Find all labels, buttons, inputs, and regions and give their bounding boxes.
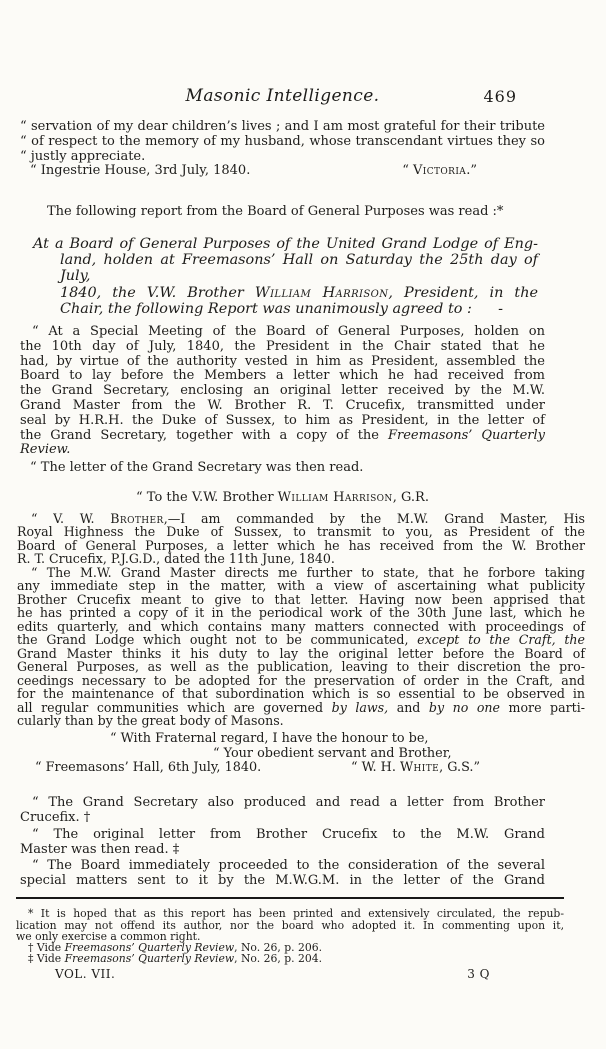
text-line: land, holden at Freemasons’ Hall on Satu… bbox=[33, 252, 538, 284]
text-line: “ The Grand Secretary also produced and … bbox=[20, 796, 545, 811]
text-segment: , No. 26, p. 204. bbox=[234, 952, 322, 965]
text-line: The following report from the Board of G… bbox=[20, 205, 545, 220]
text-segment: Freemasons’ Quarterly Review bbox=[65, 952, 235, 965]
text-segment: William Harrison bbox=[255, 285, 388, 301]
text-segment: Board to lay before the Members a letter… bbox=[20, 368, 545, 383]
text-line: “ of respect to the memory of my husband… bbox=[20, 135, 545, 150]
text-line: R. T. Crucefix, P.J.G.D., dated the 11th… bbox=[17, 552, 585, 566]
text-segment: White bbox=[400, 760, 439, 775]
volume-label: VOL. VII. bbox=[55, 967, 115, 981]
text-line: “ servation of my dear children’s lives … bbox=[20, 120, 545, 135]
text-segment: cularly than by the great body of Masons… bbox=[17, 713, 284, 728]
text-line: all regular communities which are govern… bbox=[17, 701, 585, 715]
text-segment: Crucefix. † bbox=[20, 810, 90, 825]
text-line: cularly than by the great body of Masons… bbox=[17, 714, 585, 728]
text-segment: Grand Master from the W. Brother R. T. C… bbox=[20, 398, 545, 413]
text-segment: special matters sent to it by the M.W.G.… bbox=[20, 873, 545, 888]
paragraph-letter-body-2: “ The M.W. Grand Master directs me furth… bbox=[17, 566, 585, 728]
text-segment: “ servation of my dear children’s lives … bbox=[20, 119, 545, 134]
paragraph-salutation: “ To the V.W. Brother William Harrison, … bbox=[20, 491, 545, 506]
text-line: for the maintenance of that subordinatio… bbox=[17, 687, 585, 701]
text-line: Board to lay before the Members a letter… bbox=[20, 369, 545, 384]
text-line: “ Ingestrie House, 3rd July, 1840.“ Vict… bbox=[20, 164, 545, 179]
paragraph-grand-secretary-letter: “ The Grand Secretary also produced and … bbox=[20, 796, 545, 826]
page-header: Masonic Intelligence. 469 bbox=[20, 86, 545, 108]
text-segment: 1840, the V.W. Brother bbox=[60, 285, 255, 301]
signature-mark: 3 Q bbox=[467, 967, 490, 981]
text-segment: “ To the V.W. Brother bbox=[136, 490, 278, 505]
text-line: Board of General Purposes, a letter whic… bbox=[17, 539, 585, 553]
text-segment: The following report from the Board of G… bbox=[47, 204, 503, 219]
text-segment: seal by H.R.H. the Duke of Sussex, to hi… bbox=[20, 413, 545, 428]
text-line: “ The letter of the Grand Secretary was … bbox=[20, 461, 545, 476]
text-segment: “ The letter of the Grand Secretary was … bbox=[30, 460, 363, 475]
text-segment: “ At a Special Meeting of the Board of G… bbox=[32, 324, 545, 339]
footnote-rule bbox=[16, 897, 564, 900]
text-segment: “ With Fraternal regard, I have the hono… bbox=[110, 731, 429, 746]
text-segment: , G.R. bbox=[393, 490, 429, 505]
text-line: Royal Highness the Duke of Sussex, to tr… bbox=[17, 525, 585, 539]
text-segment: “ Ingestrie House, 3rd July, 1840. bbox=[30, 163, 250, 178]
text-segment: Victoria bbox=[413, 163, 466, 178]
text-line: he has printed a copy of it in the perio… bbox=[17, 606, 585, 620]
text-line: Chair, the following Report was unanimou… bbox=[33, 301, 538, 317]
text-segment: ‡ Vide bbox=[28, 952, 65, 965]
text-line: Grand Master thinks it his duty to lay t… bbox=[17, 647, 585, 661]
text-line: Brother Crucefix meant to give to that l… bbox=[17, 593, 585, 607]
text-segment: At a Board of General Purposes of the Un… bbox=[33, 236, 538, 252]
text-segment: William Harrison bbox=[278, 490, 393, 505]
text-line: special matters sent to it by the M.W.G.… bbox=[20, 874, 545, 889]
text-line: “ At a Special Meeting of the Board of G… bbox=[20, 325, 545, 340]
paragraph-board-proceeded: “ The Board immediately proceeded to the… bbox=[20, 859, 545, 889]
text-segment: and bbox=[388, 700, 429, 715]
text-segment: “ bbox=[402, 163, 413, 178]
text-line: the Grand Secretary, together with a cop… bbox=[20, 429, 545, 444]
text-segment: “ of respect to the memory of my husband… bbox=[20, 134, 545, 149]
text-segment: “ Freemasons’ Hall, 6th July, 1840. bbox=[35, 760, 261, 775]
text-segment: had, by virtue of the authority vested i… bbox=[20, 354, 545, 369]
scanned-book-page: Masonic Intelligence. 469 “ servation of… bbox=[0, 0, 606, 1049]
text-segment: “ W. H. bbox=[351, 760, 400, 775]
text-segment: Master was then read. ‡ bbox=[20, 842, 179, 857]
text-segment: - bbox=[498, 301, 503, 317]
text-segment: land, holden at Freemasons’ Hall on Satu… bbox=[60, 252, 538, 284]
text-segment: the 10th day of July, 1840, the Presiden… bbox=[20, 339, 545, 354]
text-segment: , President, in the bbox=[388, 285, 538, 301]
text-segment: “ justly appreciate. bbox=[20, 149, 145, 164]
text-line: “ The original letter from Brother Cruce… bbox=[20, 828, 545, 843]
text-segment: Review. bbox=[20, 442, 70, 457]
page-title: Masonic Intelligence. bbox=[186, 86, 380, 106]
text-segment: by laws, bbox=[332, 700, 389, 715]
text-line: “ The Board immediately proceeded to the… bbox=[20, 859, 545, 874]
text-line: edits quarterly, and which contains many… bbox=[17, 620, 585, 634]
text-line: “ With Fraternal regard, I have the hono… bbox=[20, 732, 545, 747]
text-line: Review. bbox=[20, 443, 545, 458]
text-segment: Freemasons’ Quarterly bbox=[388, 428, 545, 443]
text-line: Crucefix. † bbox=[20, 811, 545, 826]
paragraph-letter-closing: “ With Fraternal regard, I have the hono… bbox=[20, 732, 545, 776]
paragraph-letter-body-1: “ V. W. Brother,—I am commanded by the M… bbox=[17, 512, 585, 566]
text-segment: “ The Grand Secretary also produced and … bbox=[32, 795, 545, 810]
text-line: Grand Master from the W. Brother R. T. C… bbox=[20, 399, 545, 414]
text-line: any immediate step in the matter, with a… bbox=[17, 579, 585, 593]
footnotes: * It is hoped that as this report has be… bbox=[16, 908, 564, 963]
page-number: 469 bbox=[483, 87, 517, 106]
page-footer: VOL. VII. 3 Q bbox=[20, 967, 545, 981]
text-line: “ justly appreciate. bbox=[20, 150, 545, 165]
text-segment: “ The Board immediately proceeded to the… bbox=[32, 858, 545, 873]
text-line: the Grand Lodge which ought not to be co… bbox=[17, 633, 585, 647]
text-segment: the Grand Secretary, enclosing an origin… bbox=[20, 383, 545, 398]
text-line: “ The M.W. Grand Master directs me furth… bbox=[17, 566, 585, 580]
text-segment: .” bbox=[466, 163, 477, 178]
text-segment: “ The original letter from Brother Cruce… bbox=[32, 827, 545, 842]
text-segment: , G.S.” bbox=[439, 760, 480, 775]
paragraph-board-heading: At a Board of General Purposes of the Un… bbox=[33, 236, 538, 317]
text-line: seal by H.R.H. the Duke of Sussex, to hi… bbox=[20, 414, 545, 429]
text-line: “ To the V.W. Brother William Harrison, … bbox=[20, 491, 545, 506]
paragraph-original-letter: “ The original letter from Brother Cruce… bbox=[20, 828, 545, 858]
text-line: the Grand Secretary, enclosing an origin… bbox=[20, 384, 545, 399]
text-line: “ Freemasons’ Hall, 6th July, 1840.“ W. … bbox=[20, 761, 545, 776]
paragraph-royal-letter-end: “ servation of my dear children’s lives … bbox=[20, 120, 545, 179]
text-line: At a Board of General Purposes of the Un… bbox=[33, 236, 538, 252]
text-segment: Chair, the following Report was unanimou… bbox=[60, 301, 472, 317]
text-line: General Purposes, as well as the publica… bbox=[17, 660, 585, 674]
text-line: Master was then read. ‡ bbox=[20, 843, 545, 858]
text-line: 1840, the V.W. Brother William Harrison,… bbox=[33, 285, 538, 301]
text-line: had, by virtue of the authority vested i… bbox=[20, 355, 545, 370]
text-line: ‡ Vide Freemasons’ Quarterly Review, No.… bbox=[16, 953, 564, 964]
paragraph-letter-read: “ The letter of the Grand Secretary was … bbox=[20, 461, 545, 476]
text-segment: by no one bbox=[429, 700, 500, 715]
text-segment: “ Your obedient servant and Brother, bbox=[213, 746, 452, 761]
text-segment: the Grand Secretary, together with a cop… bbox=[20, 428, 388, 443]
paragraph-report-intro: The following report from the Board of G… bbox=[20, 205, 545, 220]
text-segment: more parti- bbox=[500, 700, 585, 715]
text-line: ceedings necessary to be adopted for the… bbox=[17, 674, 585, 688]
page-body: “ servation of my dear children’s lives … bbox=[20, 120, 606, 889]
text-line: “ V. W. Brother,—I am commanded by the M… bbox=[17, 512, 585, 526]
footnote-section: * It is hoped that as this report has be… bbox=[20, 908, 606, 963]
text-line: the 10th day of July, 1840, the Presiden… bbox=[20, 340, 545, 355]
text-line: “ Your obedient servant and Brother, bbox=[20, 747, 545, 762]
paragraph-special-meeting: “ At a Special Meeting of the Board of G… bbox=[20, 325, 545, 458]
